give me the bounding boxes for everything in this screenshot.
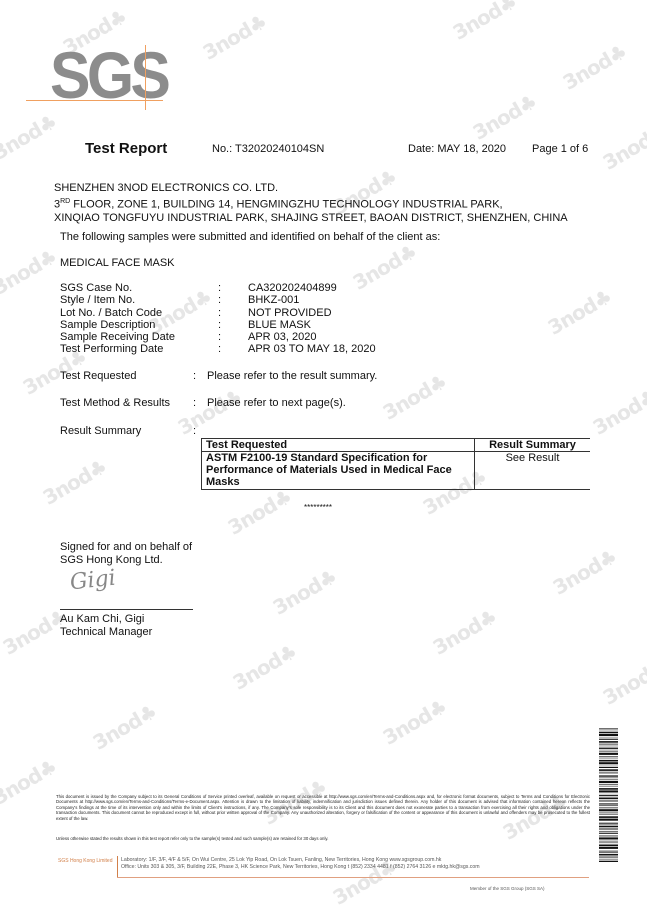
signer-title: Technical Manager [60, 626, 152, 639]
watermark: 3nod♣ [379, 369, 451, 424]
sample-info-value: APR 03, 2020 [248, 331, 317, 343]
sample-info-key: Lot No. / Batch Code [60, 307, 218, 319]
intro-text: The following samples were submitted and… [60, 231, 440, 243]
table-row: ASTM F2100-19 Standard Specification for… [202, 452, 591, 490]
sample-info-row: SGS Case No.:CA320202404899 [60, 282, 376, 294]
test-requested-value: Please refer to the result summary. [207, 370, 377, 382]
watermark: 3nod♣ [0, 244, 61, 299]
report-date: Date: MAY 18, 2020 [408, 143, 506, 155]
address-rest: FLOOR, ZONE 1, BUILDING 14, HENGMINGZHU … [70, 199, 502, 211]
header-test-requested: Test Requested [202, 439, 475, 452]
footer-divider [117, 856, 118, 878]
office-address: Office: Units 303 & 305, 3/F, Building 2… [121, 864, 480, 871]
product-name: MEDICAL FACE MASK [60, 257, 175, 269]
sample-info: SGS Case No.:CA320202404899Style / Item … [60, 282, 376, 356]
signer-block: Au Kam Chi, Gigi Technical Manager [60, 613, 152, 638]
sample-info-value: APR 03 TO MAY 18, 2020 [248, 343, 376, 355]
footer-address: Laboratory: 1/F, 3/F, 4/F & 5/F, On Wui … [121, 857, 480, 871]
colon: : [218, 319, 248, 331]
sample-info-row: Sample Receiving Date:APR 03, 2020 [60, 331, 376, 343]
watermark: 3nod♣ [224, 484, 296, 539]
watermark: 3nod♣ [229, 639, 301, 694]
result-table: Test Requested Result Summary ASTM F2100… [201, 438, 590, 490]
colon: : [218, 343, 248, 355]
floor-suffix: RD [60, 198, 70, 205]
test-method-label: Test Method & Results [60, 397, 170, 409]
sample-info-key: SGS Case No. [60, 282, 218, 294]
report-number: No.: T32020240104SN [212, 143, 324, 155]
colon: : [218, 307, 248, 319]
sample-info-key: Sample Description [60, 319, 218, 331]
logo-horizontal-line [26, 100, 163, 101]
header-result-summary: Result Summary [475, 439, 591, 452]
sample-info-value: CA320202404899 [248, 282, 337, 294]
watermark: 3nod♣ [39, 454, 111, 509]
watermark: 3nod♣ [559, 39, 631, 94]
colon: : [193, 425, 196, 437]
sample-info-row: Lot No. / Batch Code:NOT PROVIDED [60, 307, 376, 319]
signature-line [60, 609, 193, 610]
client-address-line1: 3RD FLOOR, ZONE 1, BUILDING 14, HENGMING… [54, 195, 568, 212]
end-marker: ********* [304, 503, 332, 512]
sample-info-row: Test Performing Date:APR 03 TO MAY 18, 2… [60, 343, 376, 355]
disclaimer-text: This document is issued by the Company s… [56, 794, 590, 821]
signature-image: Gigi [69, 566, 117, 596]
client-name: SHENZHEN 3NOD ELECTRONICS CO. LTD. [54, 182, 568, 195]
client-block: SHENZHEN 3NOD ELECTRONICS CO. LTD. 3RD F… [54, 182, 568, 225]
barcode [599, 728, 618, 863]
watermark: 3nod♣ [199, 9, 271, 64]
signed-line1: Signed for and on behalf of [60, 541, 192, 554]
colon: : [218, 294, 248, 306]
test-name-cell: ASTM F2100-19 Standard Specification for… [202, 452, 475, 490]
page-number: Page 1 of 6 [532, 143, 588, 155]
watermark: 3nod♣ [449, 0, 521, 45]
sample-info-key: Test Performing Date [60, 343, 218, 355]
lab-address: Laboratory: 1/F, 3/F, 4/F & 5/F, On Wui … [121, 857, 480, 864]
watermark: 3nod♣ [549, 544, 621, 599]
result-summary-label: Result Summary [60, 425, 141, 437]
colon: : [193, 370, 196, 382]
signed-line2: SGS Hong Kong Ltd. [60, 554, 192, 567]
watermark: 3nod♣ [469, 89, 541, 144]
colon: : [193, 397, 196, 409]
signer-name: Au Kam Chi, Gigi [60, 613, 152, 626]
watermark: 3nod♣ [0, 754, 61, 809]
retention-text: Unless otherwise stated the results show… [56, 836, 328, 841]
test-method-value: Please refer to next page(s). [207, 397, 346, 409]
footer-member: Member of the SGS Group (SGS SA) [470, 886, 545, 891]
watermark: 3nod♣ [429, 604, 501, 659]
client-address-line2: XINQIAO TONGFUYU INDUSTRIAL PARK, SHAJIN… [54, 212, 568, 225]
watermark: 3nod♣ [0, 109, 61, 164]
sample-info-value: BHKZ-001 [248, 294, 299, 306]
watermark: 3nod♣ [174, 384, 246, 439]
watermark: 3nod♣ [379, 694, 451, 749]
sample-info-value: NOT PROVIDED [248, 307, 332, 319]
signed-block: Signed for and on behalf of SGS Hong Kon… [60, 541, 192, 566]
sample-info-row: Sample Description:BLUE MASK [60, 319, 376, 331]
page-title: Test Report [85, 140, 167, 157]
watermark: 3nod♣ [89, 699, 161, 754]
colon: : [218, 331, 248, 343]
sample-info-key: Sample Receiving Date [60, 331, 218, 343]
colon: : [218, 282, 248, 294]
footer-company: SGS Hong Kong Limited [58, 858, 112, 864]
watermark: 3nod♣ [589, 384, 647, 439]
watermark: 3nod♣ [599, 654, 647, 709]
sample-info-row: Style / Item No.:BHKZ-001 [60, 294, 376, 306]
footer-line [117, 877, 589, 878]
sample-info-value: BLUE MASK [248, 319, 311, 331]
watermark: 3nod♣ [599, 119, 647, 174]
watermark: 3nod♣ [544, 284, 616, 339]
test-requested-label: Test Requested [60, 370, 136, 382]
result-cell: See Result [475, 452, 591, 490]
watermark: 3nod♣ [269, 564, 341, 619]
table-header-row: Test Requested Result Summary [202, 439, 591, 452]
sample-info-key: Style / Item No. [60, 294, 218, 306]
